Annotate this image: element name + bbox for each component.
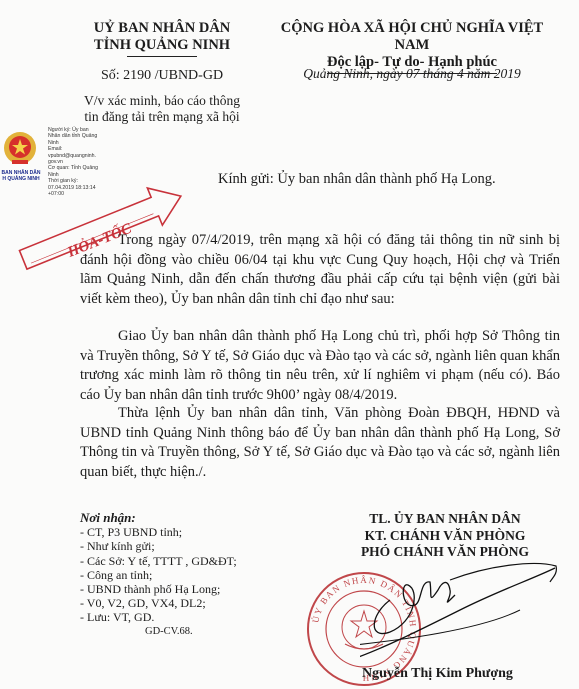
signature-line-1: TL. ỦY BAN NHÂN DÂN — [310, 511, 579, 528]
signer-name: Nguyễn Thị Kim Phượng — [362, 666, 513, 682]
signature-line-3: PHÓ CHÁNH VĂN PHÒNG — [310, 544, 579, 561]
body-paragraph-2: Giao Ủy ban nhân dân thành phố Hạ Long c… — [80, 327, 560, 405]
paragraph-1-text: Trong ngày 07/4/2019, trên mạng xã hội c… — [80, 232, 560, 307]
national-emblem-icon — [2, 130, 38, 170]
recipient-item: - CT, P3 UBND tỉnh; — [80, 525, 300, 539]
recipient-item: - Các Sở: Y tế, TTTT , GD&ĐT; — [80, 554, 300, 568]
signature-line-2: KT. CHÁNH VĂN PHÒNG — [310, 528, 579, 545]
issuer-header: UỶ BAN NHÂN DÂN TỈNH QUẢNG NINH — [62, 20, 262, 57]
recipient-item: - Như kính gửi; — [80, 539, 300, 553]
recipient-item: - UBND thành phố Hạ Long; — [80, 582, 300, 596]
issuer-underline — [127, 56, 197, 57]
document-number: Số: 2190 /UBND-GD — [62, 68, 262, 84]
issuer-line-2: TỈNH QUẢNG NINH — [62, 37, 262, 54]
document-code: GD-CV.68. — [145, 626, 193, 637]
recipients-list: Nơi nhận: - CT, P3 UBND tỉnh;- Như kính … — [80, 511, 300, 625]
emblem-label: BAN NHÂN DÂN H QUẢNG NINH — [0, 170, 42, 182]
paragraph-3-text: Thừa lệnh Ủy ban nhân dân tỉnh, Văn phòn… — [80, 405, 560, 480]
emblem-label-line-2: H QUẢNG NINH — [0, 176, 42, 182]
recipient-item: - Lưu: VT, GD. — [80, 610, 300, 624]
document-subject: V/v xác minh, báo cáo thông tin đăng tải… — [62, 93, 262, 125]
signature-block: TL. ỦY BAN NHÂN DÂN KT. CHÁNH VĂN PHÒNG … — [310, 511, 579, 561]
recipients-title: Nơi nhận: — [80, 511, 300, 525]
recipients-items: - CT, P3 UBND tỉnh;- Như kính gửi;- Các … — [80, 525, 300, 624]
handwritten-signature — [360, 560, 560, 670]
body-paragraph-1: Trong ngày 07/4/2019, trên mạng xã hội c… — [80, 231, 560, 309]
subject-line-2: tin đăng tải trên mạng xã hội — [62, 109, 262, 125]
motto-line-1: CỘNG HÒA XÃ HỘI CHỦ NGHĨA VIỆT NAM — [262, 20, 562, 54]
paragraph-2-text: Giao Ủy ban nhân dân thành phố Hạ Long c… — [80, 328, 560, 403]
recipient-item: - Công an tỉnh; — [80, 568, 300, 582]
issuer-line-1: UỶ BAN NHÂN DÂN — [62, 20, 262, 37]
addressee: Kính gửi: Ủy ban nhân dân thành phố Hạ L… — [218, 171, 496, 188]
dateline: Quảng Ninh, ngày 07 tháng 4 năm 2019 — [262, 66, 562, 82]
subject-line-1: V/v xác minh, báo cáo thông — [62, 93, 262, 109]
body-paragraph-3: Thừa lệnh Ủy ban nhân dân tỉnh, Văn phòn… — [80, 404, 560, 482]
recipient-item: - V0, V2, GD, VX4, DL2; — [80, 596, 300, 610]
